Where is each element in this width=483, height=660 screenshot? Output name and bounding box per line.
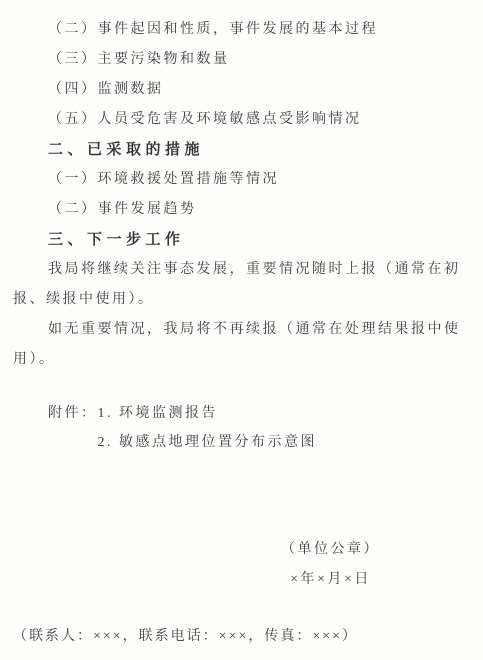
paragraph-1-line-1: 我局将继续关注事态发展，重要情况随时上报（通常在初 <box>13 255 473 285</box>
attachment-item-2: 2. 敏感点地理位置分布示意图 <box>98 428 318 457</box>
document-page: （二）事件起因和性质，事件发展的基本过程 （三）主要污染物和数量 （四）监测数据… <box>0 0 483 660</box>
signature-block: （单位公章） ×年×月×日 <box>13 535 473 595</box>
section-heading-next-steps: 三、下一步工作 <box>13 225 473 255</box>
outline-item-3: （三）主要污染物和数量 <box>13 45 473 75</box>
paragraph-2-line-1: 如无重要情况，我局将不再续报（通常在处理结果报中使 <box>13 315 473 345</box>
attachments-block: 附件： 1. 环境监测报告 2. 敏感点地理位置分布示意图 <box>13 399 473 457</box>
attachments-list: 1. 环境监测报告 2. 敏感点地理位置分布示意图 <box>98 399 318 457</box>
paragraph-1-line-2: 报、续报中使用）。 <box>13 285 473 315</box>
outline-item-2: （二）事件起因和性质，事件发展的基本过程 <box>13 15 473 45</box>
outline-item-5: （五）人员受危害及环境敏感点受影响情况 <box>13 105 473 135</box>
attachment-item-1: 1. 环境监测报告 <box>98 399 318 428</box>
outline-item-measures-2: （二）事件发展趋势 <box>13 195 473 225</box>
paragraph-2-line-2: 用）。 <box>13 345 473 375</box>
outline-item-measures-1: （一）环境救援处置措施等情况 <box>13 165 473 195</box>
section-heading-measures: 二、已采取的措施 <box>13 135 473 165</box>
signature-inner: （单位公章） ×年×月×日 <box>281 535 380 595</box>
attachments-label: 附件： <box>48 399 98 428</box>
date-line: ×年×月×日 <box>290 565 371 595</box>
outline-item-4: （四）监测数据 <box>13 75 473 105</box>
seal-note: （单位公章） <box>281 535 380 565</box>
contact-note: （联系人：×××，联系电话：×××，传真：×××） <box>13 622 473 652</box>
